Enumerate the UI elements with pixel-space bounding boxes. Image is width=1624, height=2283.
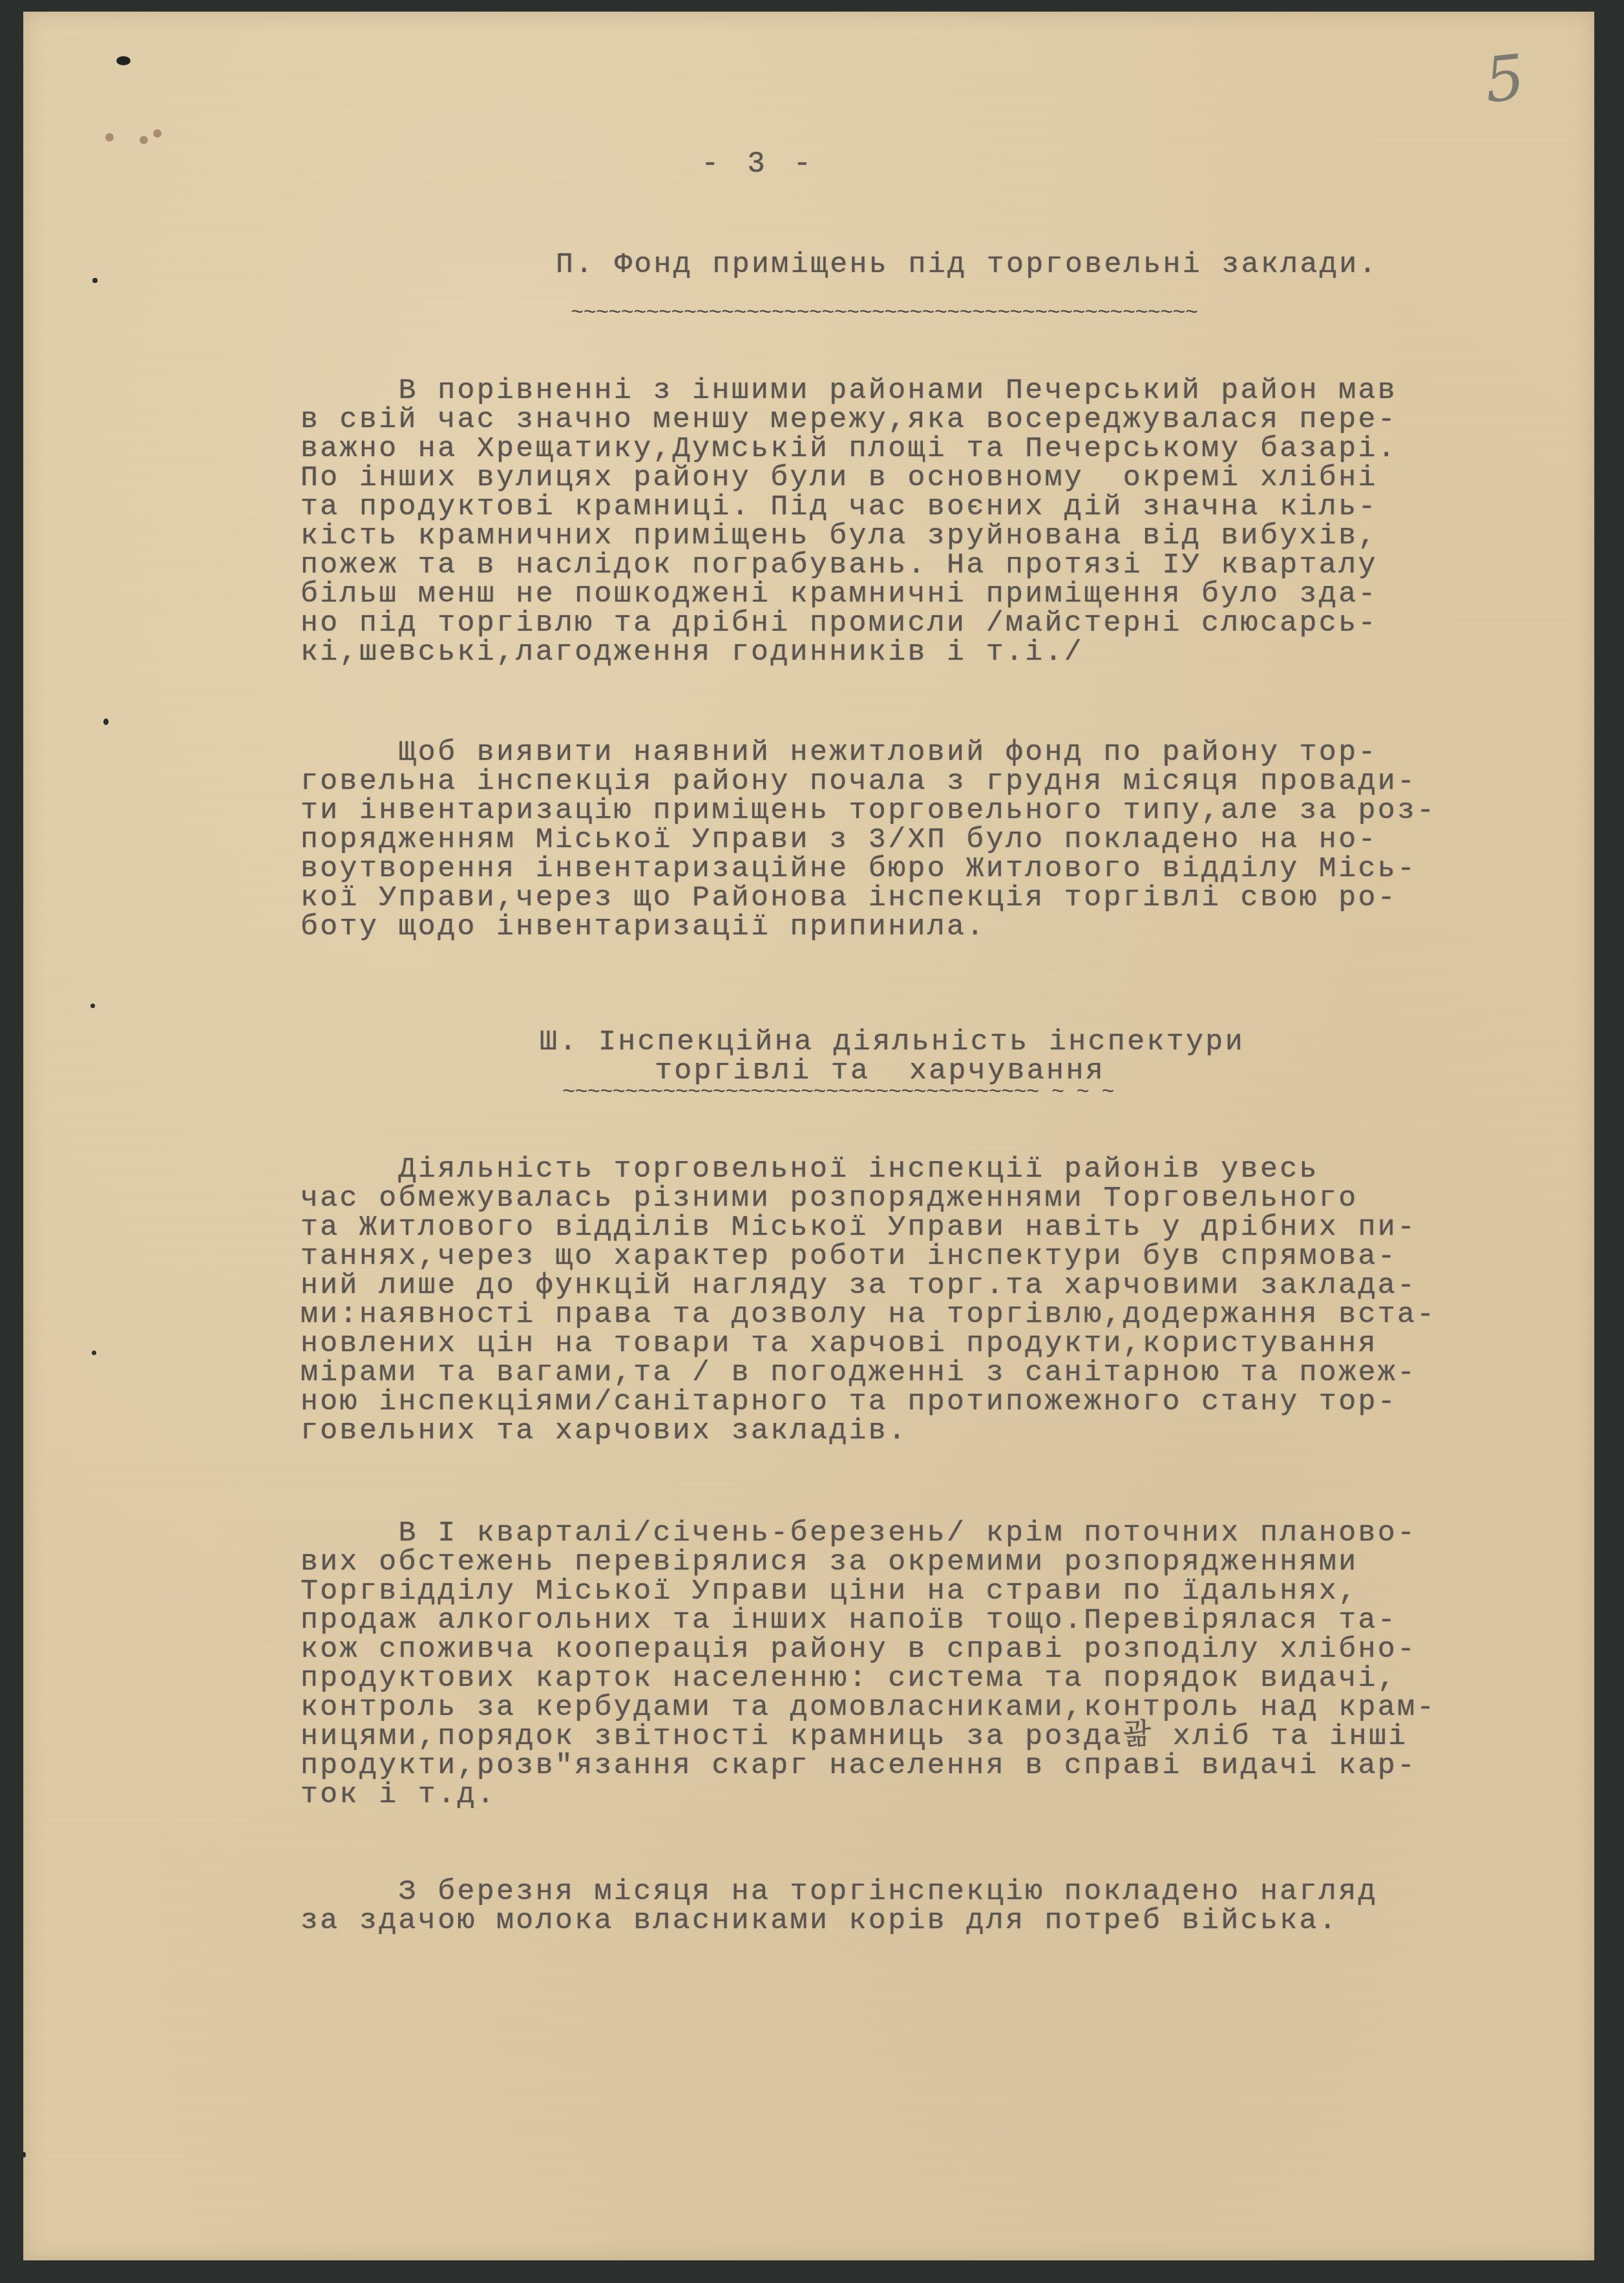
text-line: По інших вулицях району були в основному… [301,463,1378,492]
text-line: за здачою молока власниками корів для по… [301,1906,1338,1935]
text-line: воутворення інвентаризаційне бюро Житлов… [301,854,1417,883]
text-line: говельна інспекція району почала з грудн… [301,767,1417,796]
page-number: - 3 - [701,150,816,179]
stain-mark [153,129,162,138]
text-line: кі,шевські,лагодження годинників і т.і./ [301,638,1084,667]
text-line: Щоб виявити наявний нежитловий фонд по р… [301,738,1378,767]
binding-hole-mark [92,278,98,283]
text-line: контроль за кербудами та домовласниками,… [301,1693,1437,1722]
text-line: та продуктові крамниці. Під час воєних д… [301,492,1378,521]
section-3-heading-line-1: Ш. Інспекційна діяльність інспектури [540,1027,1245,1057]
text-line: Діяльність торговельної інспекції районі… [301,1155,1319,1184]
text-line: таннях,через що характер роботи інспекту… [301,1242,1397,1271]
binding-hole-mark [116,56,131,65]
text-line: в свій час значно меншу мережу,яка восер… [301,405,1397,434]
text-line: продукти,розв"язання скарг населення в с… [301,1751,1417,1780]
text-line: боту щодо інвентаризації припинила. [301,912,986,942]
section-3-heading-line-2: торгівлі та харчування [655,1057,1105,1086]
text-line: мірами та вагами,та / в погодженні з сан… [301,1358,1417,1387]
text-line: вих обстежень перевірялися за окремими р… [301,1548,1358,1577]
text-line: ний лише до функцій нагляду за торг.та х… [301,1271,1417,1300]
folio-number: 5 [1481,41,1528,117]
stain-mark [105,133,114,142]
text-line: ти інвентаризацію приміщень торговельног… [301,796,1437,825]
text-line: продаж алкогольних та інших напоїв тощо.… [301,1606,1397,1635]
section-2-paragraph-2: Щоб виявити наявний нежитловий фонд по р… [301,738,340,971]
binding-hole-mark [103,719,109,725]
text-line: більш менш не пошкоджені крамничні примі… [301,580,1378,609]
binding-hole-mark [92,1351,96,1355]
text-line: ток і т.д. [301,1780,496,1809]
section-2-underline: ~~~~~~~~~~~~~~~~~~~~~~~~~~~~~~~~~~~~~~~~… [571,309,1420,318]
text-line: та Житлового відділів Міської Управи нав… [301,1213,1417,1242]
text-line: кість крамничних приміщень була зруйнова… [301,521,1378,551]
section-2-paragraph-1: В порівненні з іншими районами Печерськи… [301,376,340,696]
text-line: говельних та харчових закладів. [301,1416,907,1446]
text-line: час обмежувалась різними розпорядженнями… [301,1184,1358,1213]
text-line: порядженням Міської Управи з 3/ХП було п… [301,825,1378,854]
text-line: но під торгівлю та дрібні промисли /майс… [301,609,1378,638]
text-line: ною інспекціями/санітарного та протипоже… [301,1387,1397,1416]
section-3-paragraph-2: В I кварталі/січень-березень/ крім поточ… [301,1519,340,1838]
text-line: ницями,порядок звітності крамниць за роз… [301,1722,1408,1751]
text-line: важно на Хрещатику,Думській площі та Печ… [301,434,1397,463]
section-3-paragraph-1: Діяльність торговельної інспекції районі… [301,1155,340,1475]
text-line: ми:наявності права та дозволу на торгівл… [301,1300,1437,1329]
text-line: В порівненні з іншими районами Печерськи… [301,376,1397,405]
text-line: продуктових карток населенню: система та… [301,1664,1397,1693]
section-2-heading: П. Фонд приміщень під торговельні заклад… [556,250,1378,279]
text-line: Торгвідділу Міської Управи ціни на страв… [301,1577,1358,1606]
text-line: З березня місяця на торгінспекцію поклад… [301,1877,1378,1906]
text-line: новлених цін на товари та харчові продук… [301,1329,1378,1358]
stain-mark [140,136,148,144]
text-line: кої Управи,через що Районова інспекція т… [301,883,1397,912]
section-3-paragraph-3: З березня місяця на торгінспекцію поклад… [301,1877,340,1964]
section-3-underline: ~~~~~~~~~~~~~~~~~~~~~~~~~~~~~~~~~~~~~~ ~… [562,1088,1351,1097]
text-line: В I кварталі/січень-березень/ крім поточ… [301,1519,1417,1548]
text-line: пожеж та в наслідок пограбувань. На прот… [301,551,1378,580]
binding-hole-mark [21,2152,26,2158]
text-line: кож споживча кооперація району в справі … [301,1635,1417,1664]
binding-hole-mark [90,1004,95,1008]
